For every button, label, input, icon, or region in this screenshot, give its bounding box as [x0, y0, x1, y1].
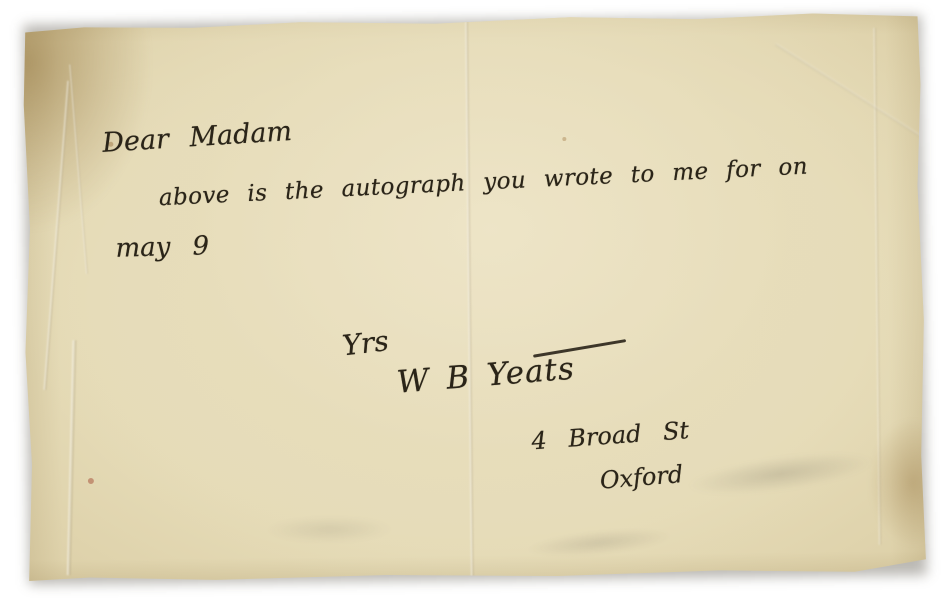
ink-smudge [264, 515, 394, 544]
right-crease [873, 28, 881, 545]
address-street-line: 4 Broad St [531, 416, 690, 455]
letter-paper: Dear Madam above is the autograph you wr… [21, 11, 927, 582]
body-line: above is the autograph you wrote to me f… [158, 154, 808, 212]
left-crease [43, 81, 70, 390]
ink-smudge [684, 444, 877, 503]
signature: W B Yeats [395, 351, 576, 401]
salutation-line: Dear Madam [101, 116, 293, 159]
left-crease [69, 64, 88, 273]
closing-line: Yrs [341, 324, 391, 362]
left-crease [67, 340, 77, 575]
date-line: may 9 [115, 231, 209, 264]
ink-smudge [524, 523, 676, 562]
letter-photograph: Dear Madam above is the autograph you wr… [0, 0, 944, 600]
center-fold-crease [465, 16, 474, 578]
worn-corner-top-left [13, 13, 155, 234]
foxing-spot [88, 478, 94, 484]
top-right-crease [775, 43, 924, 138]
address-city-line: Oxford [599, 460, 684, 495]
foxing-spot [562, 137, 566, 141]
